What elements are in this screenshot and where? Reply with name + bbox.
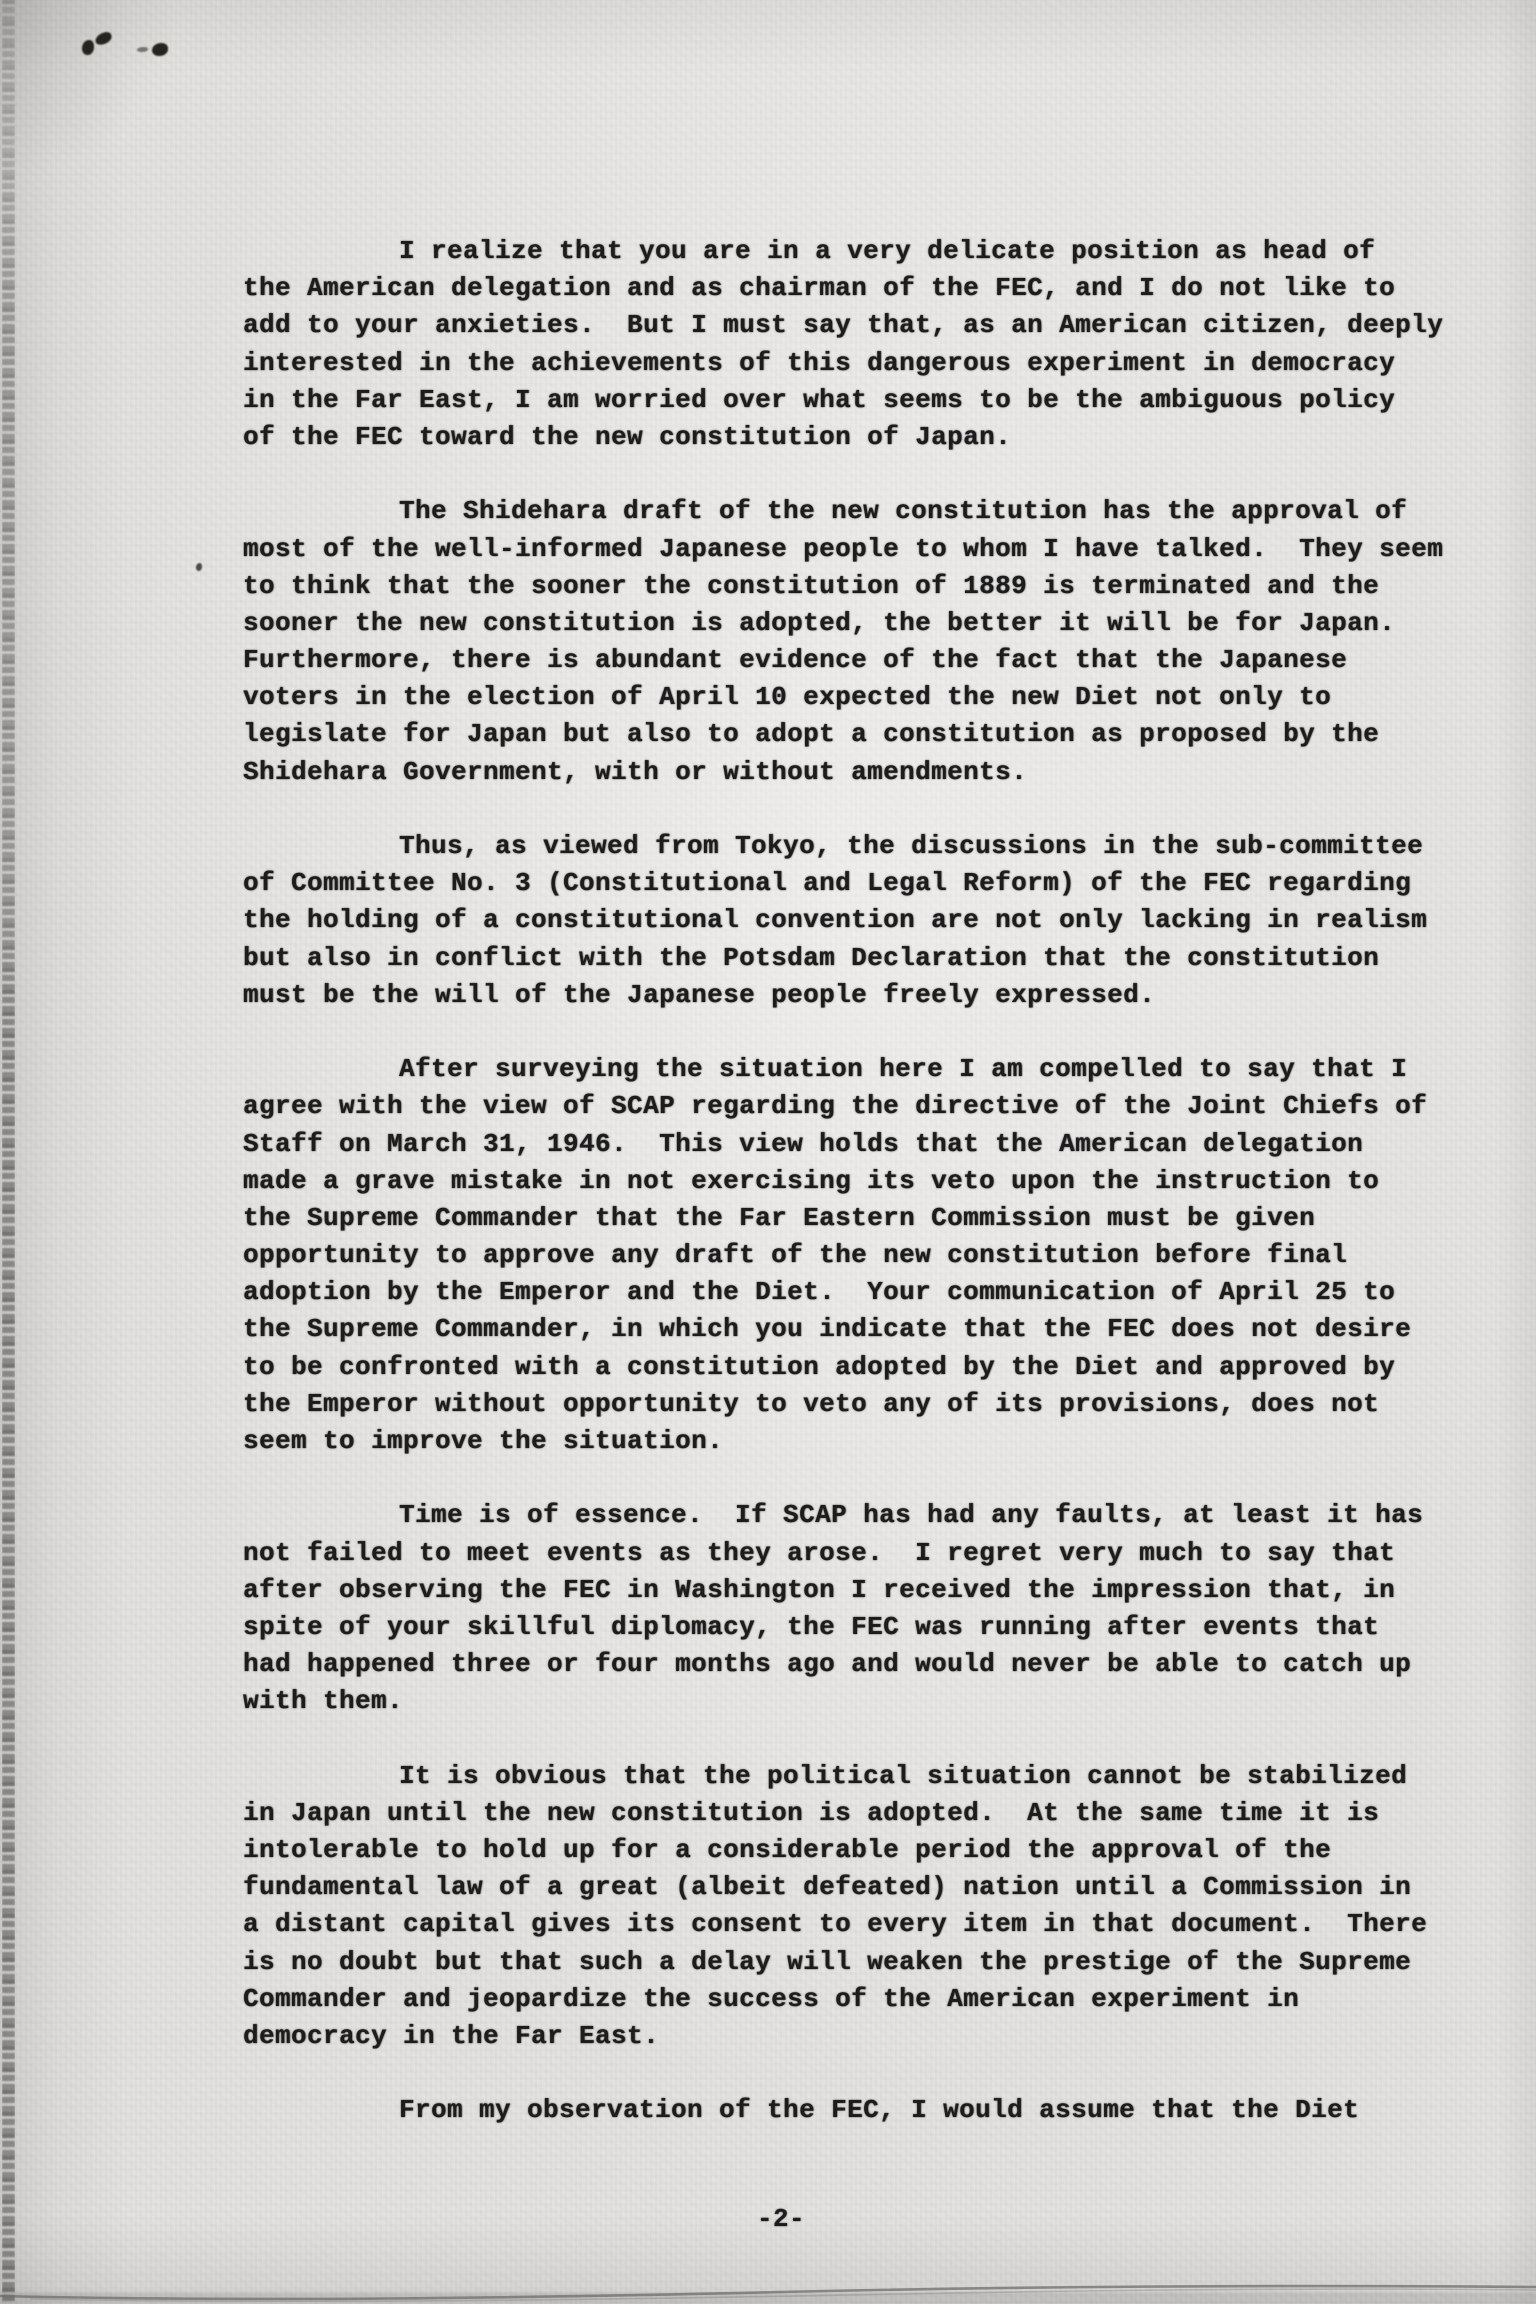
text-line: the American delegation and as chairman … — [243, 270, 1448, 307]
torn-binding-edge — [2, 0, 15, 2304]
text-line: Thus, as viewed from Tokyo, the discussi… — [243, 828, 1448, 865]
text-line: Furthermore, there is abundant evidence … — [243, 642, 1448, 679]
text-line: interested in the achievements of this d… — [243, 345, 1448, 382]
page-number: -2- — [13, 2200, 1536, 2238]
text-line: adoption by the Emperor and the Diet. Yo… — [243, 1274, 1448, 1311]
text-line: spite of your skillful diplomacy, the FE… — [243, 1609, 1448, 1646]
text-line: the Emperor without opportunity to veto … — [243, 1386, 1448, 1423]
text-line: intolerable to hold up for a considerabl… — [243, 1832, 1448, 1869]
text-line: the Supreme Commander, in which you indi… — [243, 1311, 1448, 1348]
paragraph: It is obvious that the political situati… — [243, 1758, 1448, 2056]
text-line: a distant capital gives its consent to e… — [243, 1906, 1448, 1943]
text-line: Shidehara Government, with or without am… — [243, 754, 1448, 791]
ink-speck — [152, 43, 168, 56]
text-line: after observing the FEC in Washington I … — [243, 1572, 1448, 1609]
text-line: had happened three or four months ago an… — [243, 1646, 1448, 1683]
text-line: Staff on March 31, 1946. This view holds… — [243, 1126, 1448, 1163]
paragraph: Thus, as viewed from Tokyo, the discussi… — [243, 828, 1448, 1014]
text-line: must be the will of the Japanese people … — [243, 977, 1448, 1014]
text-line: opportunity to approve any draft of the … — [243, 1237, 1448, 1274]
text-line: of the FEC toward the new constitution o… — [243, 419, 1448, 456]
ink-speck — [94, 30, 114, 46]
paragraph: After surveying the situation here I am … — [243, 1051, 1448, 1460]
text-line: made a grave mistake in not exercising i… — [243, 1163, 1448, 1200]
text-line: sooner the new constitution is adopted, … — [243, 605, 1448, 642]
paper-bottom-edge — [0, 2276, 1536, 2304]
text-line: but also in conflict with the Potsdam De… — [243, 940, 1448, 977]
text-line: agree with the view of SCAP regarding th… — [243, 1088, 1448, 1125]
text-line: seem to improve the situation. — [243, 1423, 1448, 1460]
text-line: of Committee No. 3 (Constitutional and L… — [243, 865, 1448, 902]
text-line: I realize that you are in a very delicat… — [243, 233, 1448, 270]
text-line: in Japan until the new constitution is a… — [243, 1795, 1448, 1832]
scanned-letter-page: I realize that you are in a very delicat… — [0, 0, 1536, 2304]
text-line: legislate for Japan but also to adopt a … — [243, 716, 1448, 753]
text-line: voters in the election of April 10 expec… — [243, 679, 1448, 716]
text-line: is no doubt but that such a delay will w… — [243, 1944, 1448, 1981]
text-line: Commander and jeopardize the success of … — [243, 1981, 1448, 2018]
text-line: with them. — [243, 1683, 1448, 1720]
text-line: to be confronted with a constitution ado… — [243, 1349, 1448, 1386]
text-line: the holding of a constitutional conventi… — [243, 902, 1448, 939]
text-line: It is obvious that the political situati… — [243, 1758, 1448, 1795]
text-line: fundamental law of a great (albeit defea… — [243, 1869, 1448, 1906]
ink-speck — [196, 563, 202, 571]
text-line: From my observation of the FEC, I would … — [243, 2092, 1448, 2129]
paragraph: The Shidehara draft of the new constitut… — [243, 493, 1448, 791]
text-line: Time is of essence. If SCAP has had any … — [243, 1497, 1448, 1534]
paragraph: Time is of essence. If SCAP has had any … — [243, 1497, 1448, 1720]
paragraph: I realize that you are in a very delicat… — [243, 233, 1448, 456]
text-line: After surveying the situation here I am … — [243, 1051, 1448, 1088]
text-line: the Supreme Commander that the Far Easte… — [243, 1200, 1448, 1237]
ink-speck — [137, 47, 148, 52]
text-line: democracy in the Far East. — [243, 2018, 1448, 2055]
text-line: in the Far East, I am worried over what … — [243, 382, 1448, 419]
text-line: not failed to meet events as they arose.… — [243, 1535, 1448, 1572]
text-line: most of the well-informed Japanese peopl… — [243, 531, 1448, 568]
paragraph: From my observation of the FEC, I would … — [243, 2092, 1448, 2129]
letter-body: I realize that you are in a very delicat… — [243, 233, 1448, 2167]
ink-speck — [82, 40, 94, 55]
text-line: The Shidehara draft of the new constitut… — [243, 493, 1448, 530]
text-line: add to your anxieties. But I must say th… — [243, 307, 1448, 344]
text-line: to think that the sooner the constitutio… — [243, 568, 1448, 605]
